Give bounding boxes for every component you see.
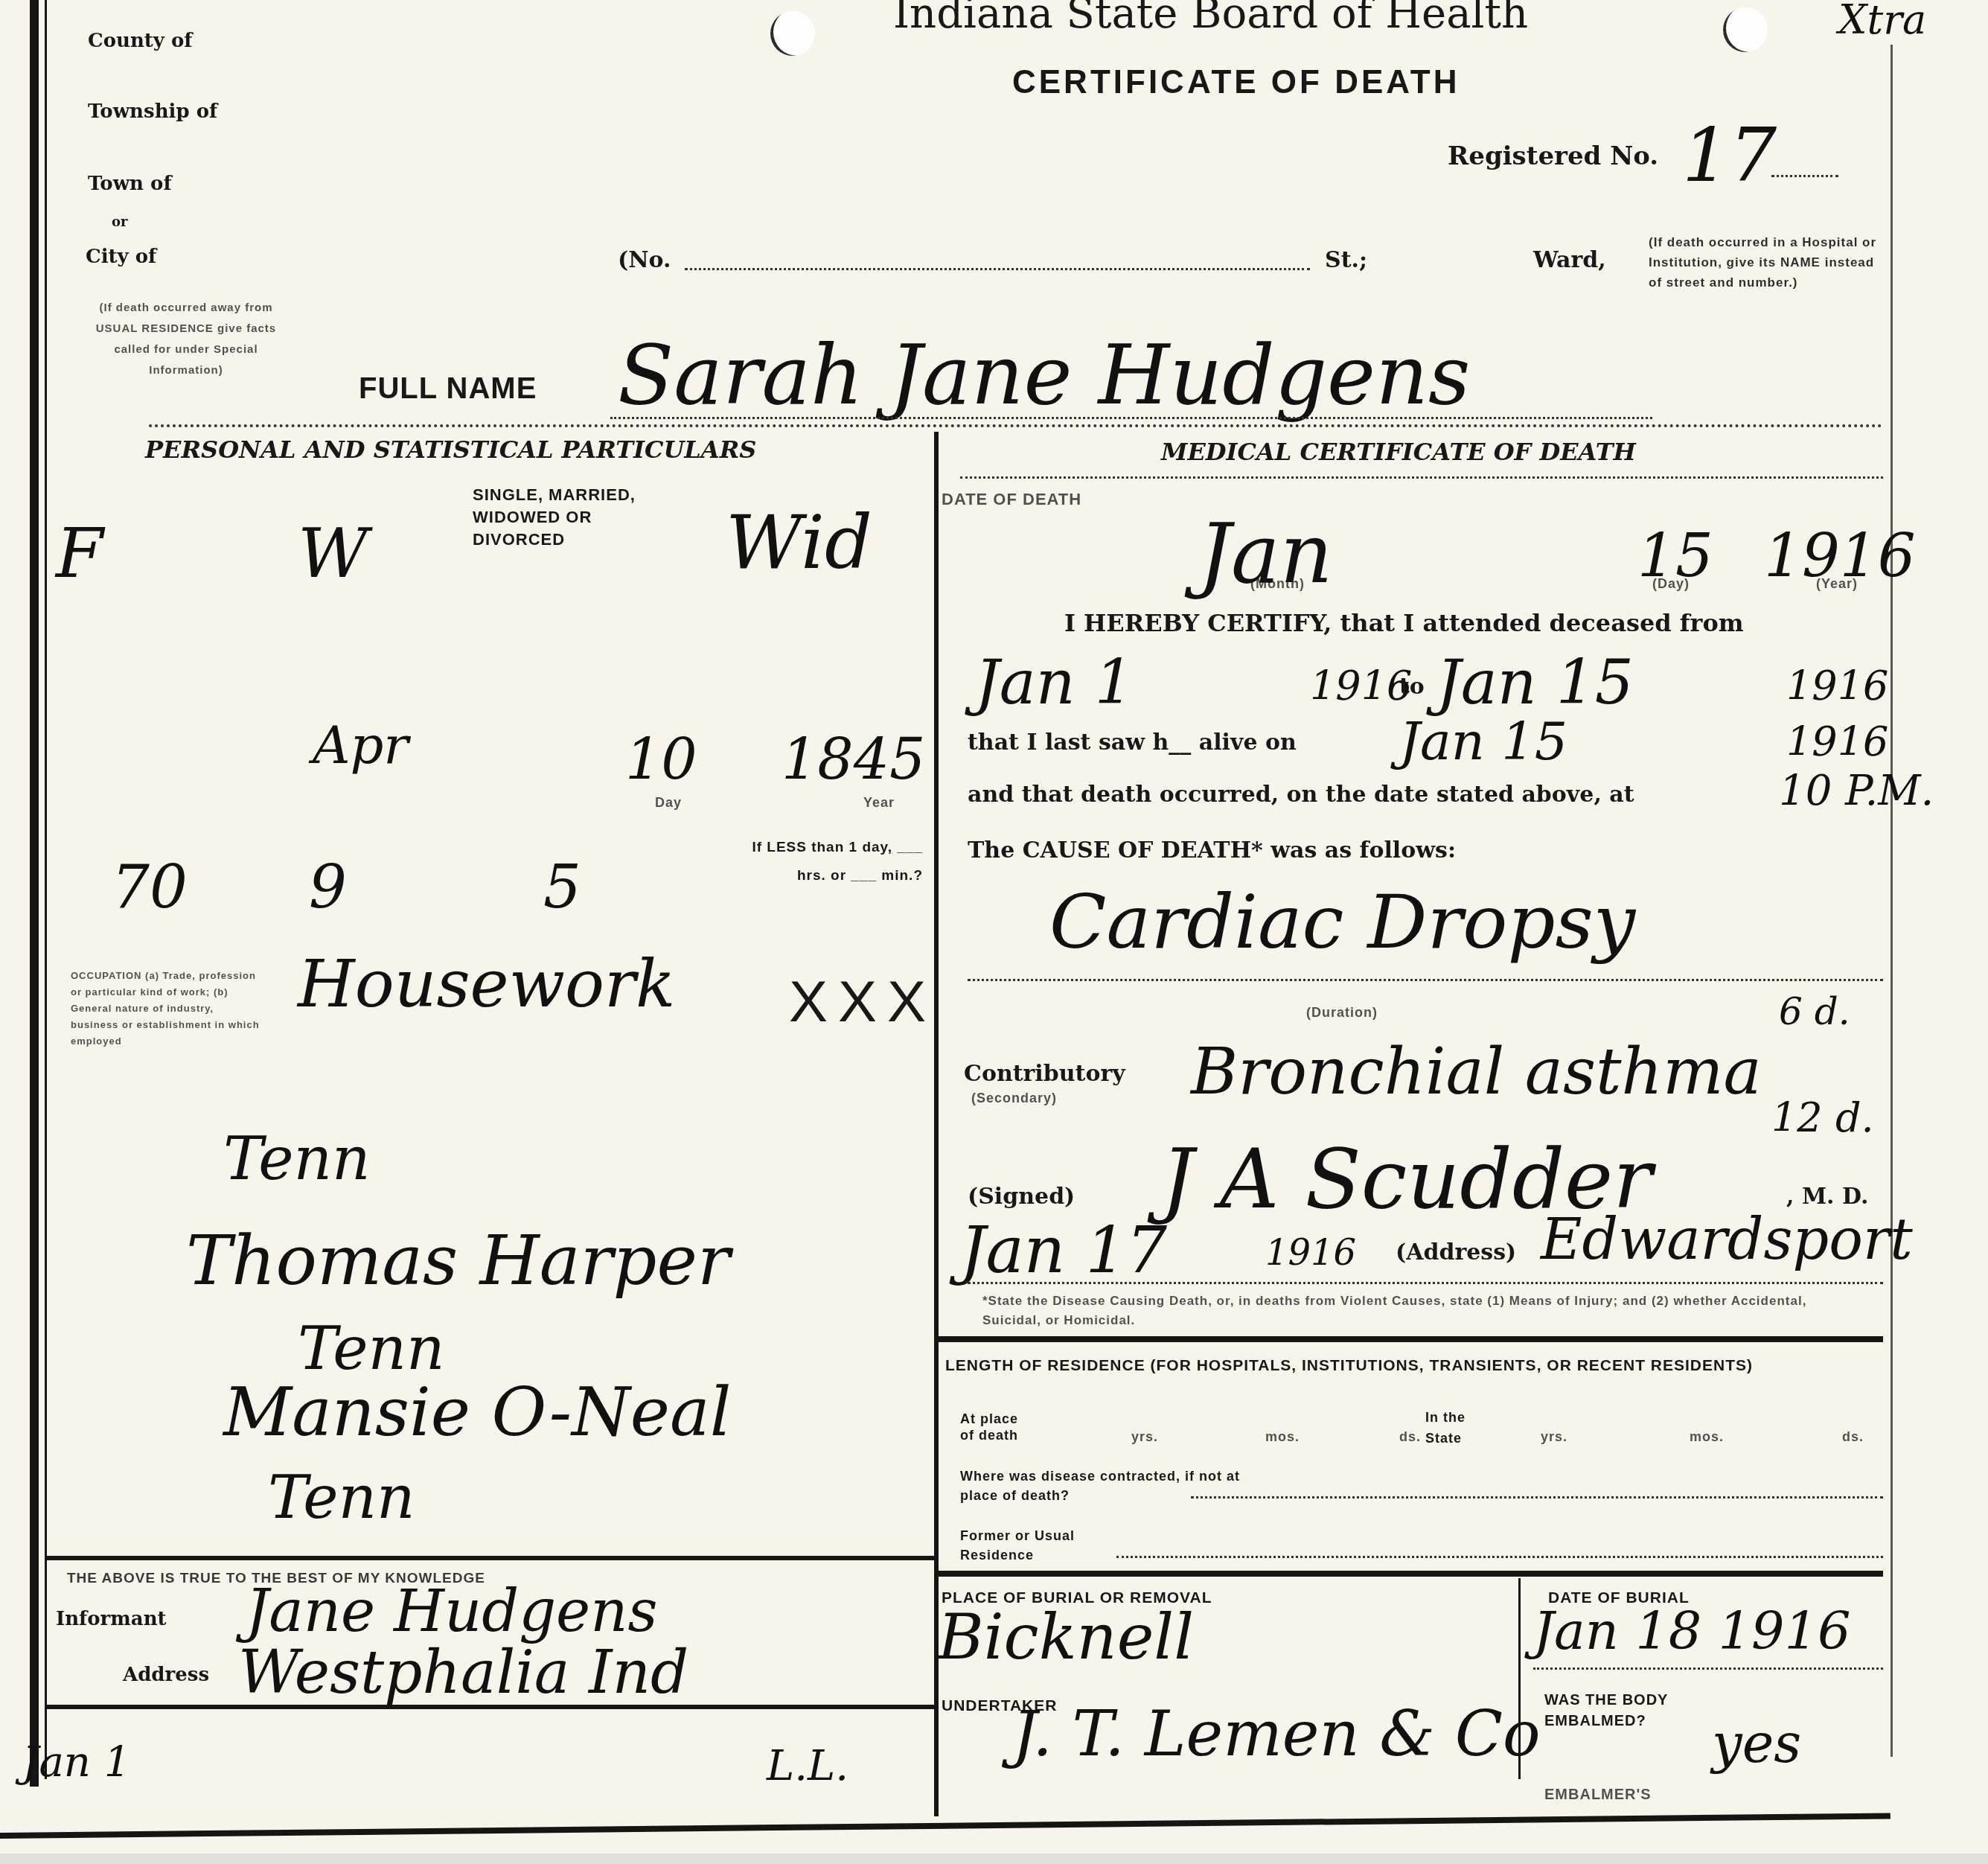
- birth-year-label: Year: [863, 795, 895, 811]
- street-no-label: (No.: [618, 247, 671, 273]
- personal-section-title: PERSONAL AND STATISTICAL PARTICULARS: [145, 435, 756, 464]
- death-year-label: (Year): [1816, 576, 1858, 592]
- in-state-label: In the State: [1425, 1407, 1470, 1449]
- or-label: or: [112, 214, 128, 230]
- certify-text: I HEREBY CERTIFY, that I attended deceas…: [1064, 609, 1744, 637]
- filed-rule: [45, 1705, 934, 1709]
- address-line: [968, 1282, 1883, 1284]
- if-less-label: If LESS than 1 day, ___ hrs. or ___ min.…: [752, 834, 923, 890]
- registered-no-value: 17: [1682, 112, 1777, 199]
- registrar-value: L.L.: [767, 1742, 848, 1790]
- marital-value: Wid: [726, 499, 872, 586]
- color-value: W: [298, 514, 368, 593]
- certificate-title: CERTIFICATE OF DEATH: [1012, 64, 1460, 101]
- filed-value: Jan 1: [22, 1738, 130, 1787]
- signed-year: 1916: [1265, 1232, 1356, 1274]
- secondary-label: (Secondary): [971, 1091, 1057, 1106]
- at-place-yrs: yrs.: [1131, 1429, 1158, 1445]
- punch-hole-left: [770, 11, 815, 56]
- signer-address-value: Edwardsport: [1541, 1206, 1913, 1272]
- informant-address-value: Westphalia Ind: [238, 1638, 688, 1707]
- street-line: [685, 268, 1310, 270]
- last-saw-date: Jan 15: [1399, 711, 1567, 772]
- full-name-value: Sarah Jane Hudgens: [618, 328, 1471, 423]
- embalmed-label: WAS THE BODY EMBALMED?: [1544, 1690, 1708, 1731]
- burial-top-rule: [938, 1571, 1883, 1577]
- occupation-b-value: XXX: [789, 968, 936, 1035]
- medical-title-rule: [960, 476, 1883, 479]
- date-of-death-label: DATE OF DEATH: [942, 490, 1081, 509]
- last-saw-text: that I last saw h__ alive on: [968, 730, 1297, 756]
- death-occurred-text: and that death occurred, on the date sta…: [968, 782, 1634, 808]
- to-label: to: [1399, 674, 1425, 700]
- burial-date-value: Jan 18 1916: [1533, 1600, 1851, 1662]
- marital-label: SINGLE, MARRIED, WIDOWED OR DIVORCED: [473, 484, 688, 551]
- duration-value: 6 d.: [1779, 990, 1850, 1033]
- last-saw-year: 1916: [1786, 718, 1888, 765]
- punch-hole-right: [1723, 7, 1768, 52]
- occupation-value: Housework: [298, 945, 675, 1022]
- embalmed-value: yes: [1712, 1712, 1801, 1775]
- signed-date: Jan 17: [960, 1213, 1167, 1288]
- burial-date-line: [1533, 1667, 1883, 1670]
- footer-edge: [0, 1854, 1988, 1864]
- informant-value: Jane Hudgens: [246, 1578, 658, 1645]
- death-month-label: (Month): [1250, 576, 1305, 592]
- death-time: 10 P.M.: [1779, 767, 1934, 815]
- ward-label: Ward,: [1533, 247, 1606, 273]
- board-title: Indiana State Board of Health: [893, 0, 1528, 38]
- left-border: [30, 0, 39, 1787]
- in-state-mos: mos.: [1690, 1429, 1724, 1445]
- right-border: [1890, 45, 1893, 1757]
- left-border-inner: [45, 0, 47, 1779]
- cause-line: [968, 979, 1883, 981]
- occupation-label: OCCUPATION (a) Trade, profession or part…: [71, 968, 264, 1050]
- undertaker-value: J. T. Lemen & Co: [1012, 1697, 1541, 1770]
- former-residence-label: Former or Usual Residence: [960, 1526, 1109, 1565]
- contributory-label: Contributory: [964, 1061, 1125, 1087]
- cause-footnote: *State the Disease Causing Death, or, in…: [982, 1292, 1838, 1330]
- residence-note: (If death occurred away from USUAL RESID…: [82, 298, 290, 381]
- county-value: [179, 0, 184, 46]
- residence-heading: LENGTH OF RESIDENCE (FOR HOSPITALS, INST…: [945, 1355, 1861, 1377]
- at-place-label: At place of death: [960, 1411, 1020, 1443]
- attended-from-year: 1916: [1310, 663, 1412, 709]
- township-label: Township of: [88, 100, 217, 123]
- in-state-yrs: yrs.: [1541, 1429, 1567, 1445]
- residence-top-rule: [938, 1336, 1883, 1342]
- corner-note: Xtra: [1838, 0, 1926, 43]
- attended-to: Jan 15: [1436, 648, 1634, 718]
- mother-birthplace: Tenn: [268, 1463, 415, 1532]
- city-label: City of: [86, 246, 156, 268]
- birth-day-label: Day: [655, 795, 682, 811]
- sex-value: F: [56, 514, 103, 593]
- contracted-line: [1191, 1496, 1883, 1498]
- contributory-value: Bronchial asthma: [1191, 1035, 1762, 1109]
- street-st-label: St.;: [1325, 247, 1367, 273]
- town-label: Town of: [88, 173, 172, 195]
- father-name: Thomas Harper: [186, 1221, 730, 1300]
- attended-from: Jan 1: [975, 648, 1134, 718]
- burial-place-value: Bicknell: [938, 1600, 1194, 1673]
- birth-year: 1845: [782, 726, 925, 792]
- full-name-line: [610, 417, 1652, 419]
- section-rule: [149, 424, 1883, 427]
- age-months: 9: [309, 852, 347, 922]
- informant-address-label: Address: [123, 1664, 209, 1686]
- mother-name: Mansie O-Neal: [223, 1373, 732, 1452]
- medical-section-title: MEDICAL CERTIFICATE OF DEATH: [1161, 438, 1636, 466]
- age-years: 70: [112, 852, 188, 922]
- registered-no-line: [1771, 175, 1838, 177]
- age-days: 5: [543, 852, 581, 922]
- birth-day: 10: [625, 726, 697, 792]
- full-name-label: FULL NAME: [359, 372, 537, 406]
- county-label: County of: [88, 30, 193, 52]
- contracted-label: Where was disease contracted, if not at …: [960, 1466, 1273, 1505]
- in-state-ds: ds.: [1842, 1429, 1864, 1445]
- at-place-ds: ds.: [1399, 1429, 1421, 1445]
- signed-label: (Signed): [968, 1184, 1075, 1210]
- death-day-label: (Day): [1652, 576, 1690, 592]
- cause-value: Cardiac Dropsy: [1049, 878, 1635, 965]
- birth-month: Apr: [313, 715, 409, 776]
- hospital-note: (If death occurred in a Hospital or Inst…: [1649, 232, 1887, 293]
- informant-label: Informant: [56, 1608, 167, 1630]
- informant-rule: [45, 1556, 934, 1560]
- cause-text: The CAUSE OF DEATH* was as follows:: [968, 837, 1456, 864]
- duration-label: (Duration): [1306, 1005, 1378, 1021]
- bottom-border: [0, 1813, 1890, 1839]
- contributory-duration: 12 d.: [1771, 1094, 1874, 1141]
- at-place-mos: mos.: [1265, 1429, 1300, 1445]
- embalmer-label: EMBALMER'S: [1544, 1787, 1652, 1804]
- signer-address-label: (Address): [1396, 1239, 1516, 1265]
- former-residence-line: [1116, 1556, 1883, 1558]
- attended-to-year: 1916: [1786, 663, 1888, 709]
- registered-no-label: Registered No.: [1448, 141, 1658, 171]
- birthplace-value: Tenn: [223, 1124, 371, 1193]
